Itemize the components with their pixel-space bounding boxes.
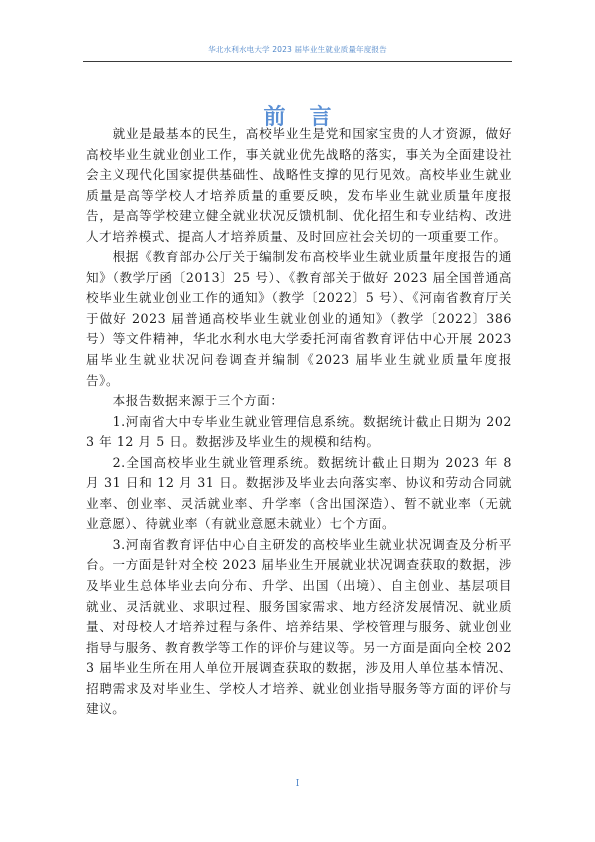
paragraph-source-1: 1.河南省大中专毕业生就业管理信息系统。数据统计截止日期为 2023 年 12 … (86, 412, 512, 453)
running-header: 华北水利水电大学 2023 届毕业生就业质量年度报告 (83, 44, 512, 56)
body-text: 就业是最基本的民生，高校毕业生是党和国家宝贵的人才资源，做好高校毕业生就业创业工… (86, 124, 512, 720)
paragraph-intro: 就业是最基本的民生，高校毕业生是党和国家宝贵的人才资源，做好高校毕业生就业创业工… (86, 124, 512, 247)
header-divider (83, 61, 512, 62)
paragraph-source-2: 2.全国高校毕业生就业管理系统。数据统计截止日期为 2023 年 8 月 31 … (86, 453, 512, 535)
paragraph-basis: 根据《教育部办公厅关于编制发布高校毕业生就业质量年度报告的通知》（教学厅函〔20… (86, 247, 512, 391)
paragraph-source-3: 3.河南省教育评估中心自主研发的高校毕业生就业状况调查及分析平台。一方面是针对全… (86, 535, 512, 720)
paragraph-sources-lead: 本报告数据来源于三个方面： (86, 391, 512, 412)
page-number: I (0, 778, 595, 790)
